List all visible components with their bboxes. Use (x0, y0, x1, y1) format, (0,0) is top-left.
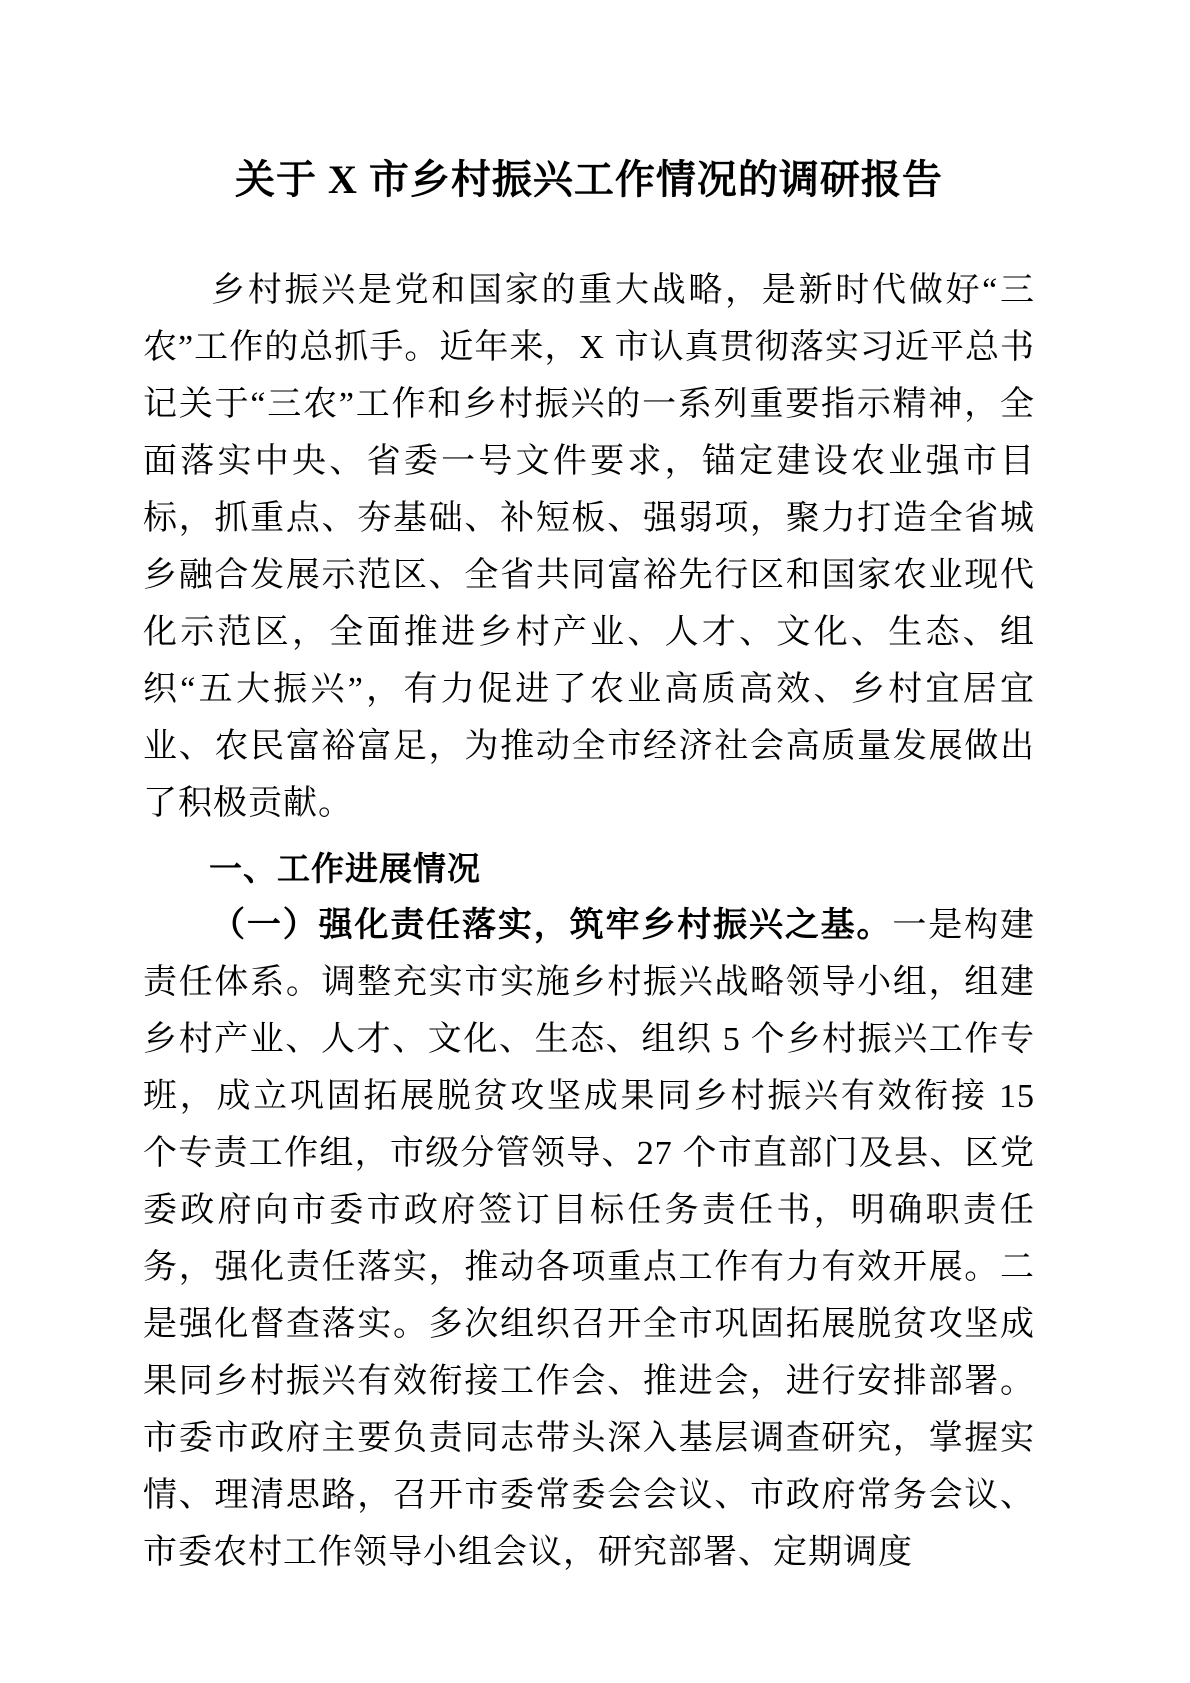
subsection-body-text: 一是构建责任体系。调整充实市实施乡村振兴战略领导小组，组建乡村产业、人才、文化、… (143, 907, 1035, 1571)
intro-paragraph: 乡村振兴是党和国家的重大战略，是新时代做好“三农”工作的总抓手。近年来，X 市认… (143, 262, 1035, 832)
section-heading-1: 一、工作进展情况 (143, 840, 1035, 897)
document-title: 关于 X 市乡村振兴工作情况的调研报告 (143, 148, 1035, 212)
text-block: 关于 X 市乡村振兴工作情况的调研报告 乡村振兴是党和国家的重大战略，是新时代做… (143, 0, 1035, 1581)
document-page: 关于 X 市乡村振兴工作情况的调研报告 乡村振兴是党和国家的重大战略，是新时代做… (0, 0, 1190, 1683)
subsection-lead-bold: （一）强化责任落实，筑牢乡村振兴之基。 (211, 907, 892, 944)
subsection-paragraph-1: （一）强化责任落实，筑牢乡村振兴之基。一是构建责任体系。调整充实市实施乡村振兴战… (143, 897, 1035, 1581)
